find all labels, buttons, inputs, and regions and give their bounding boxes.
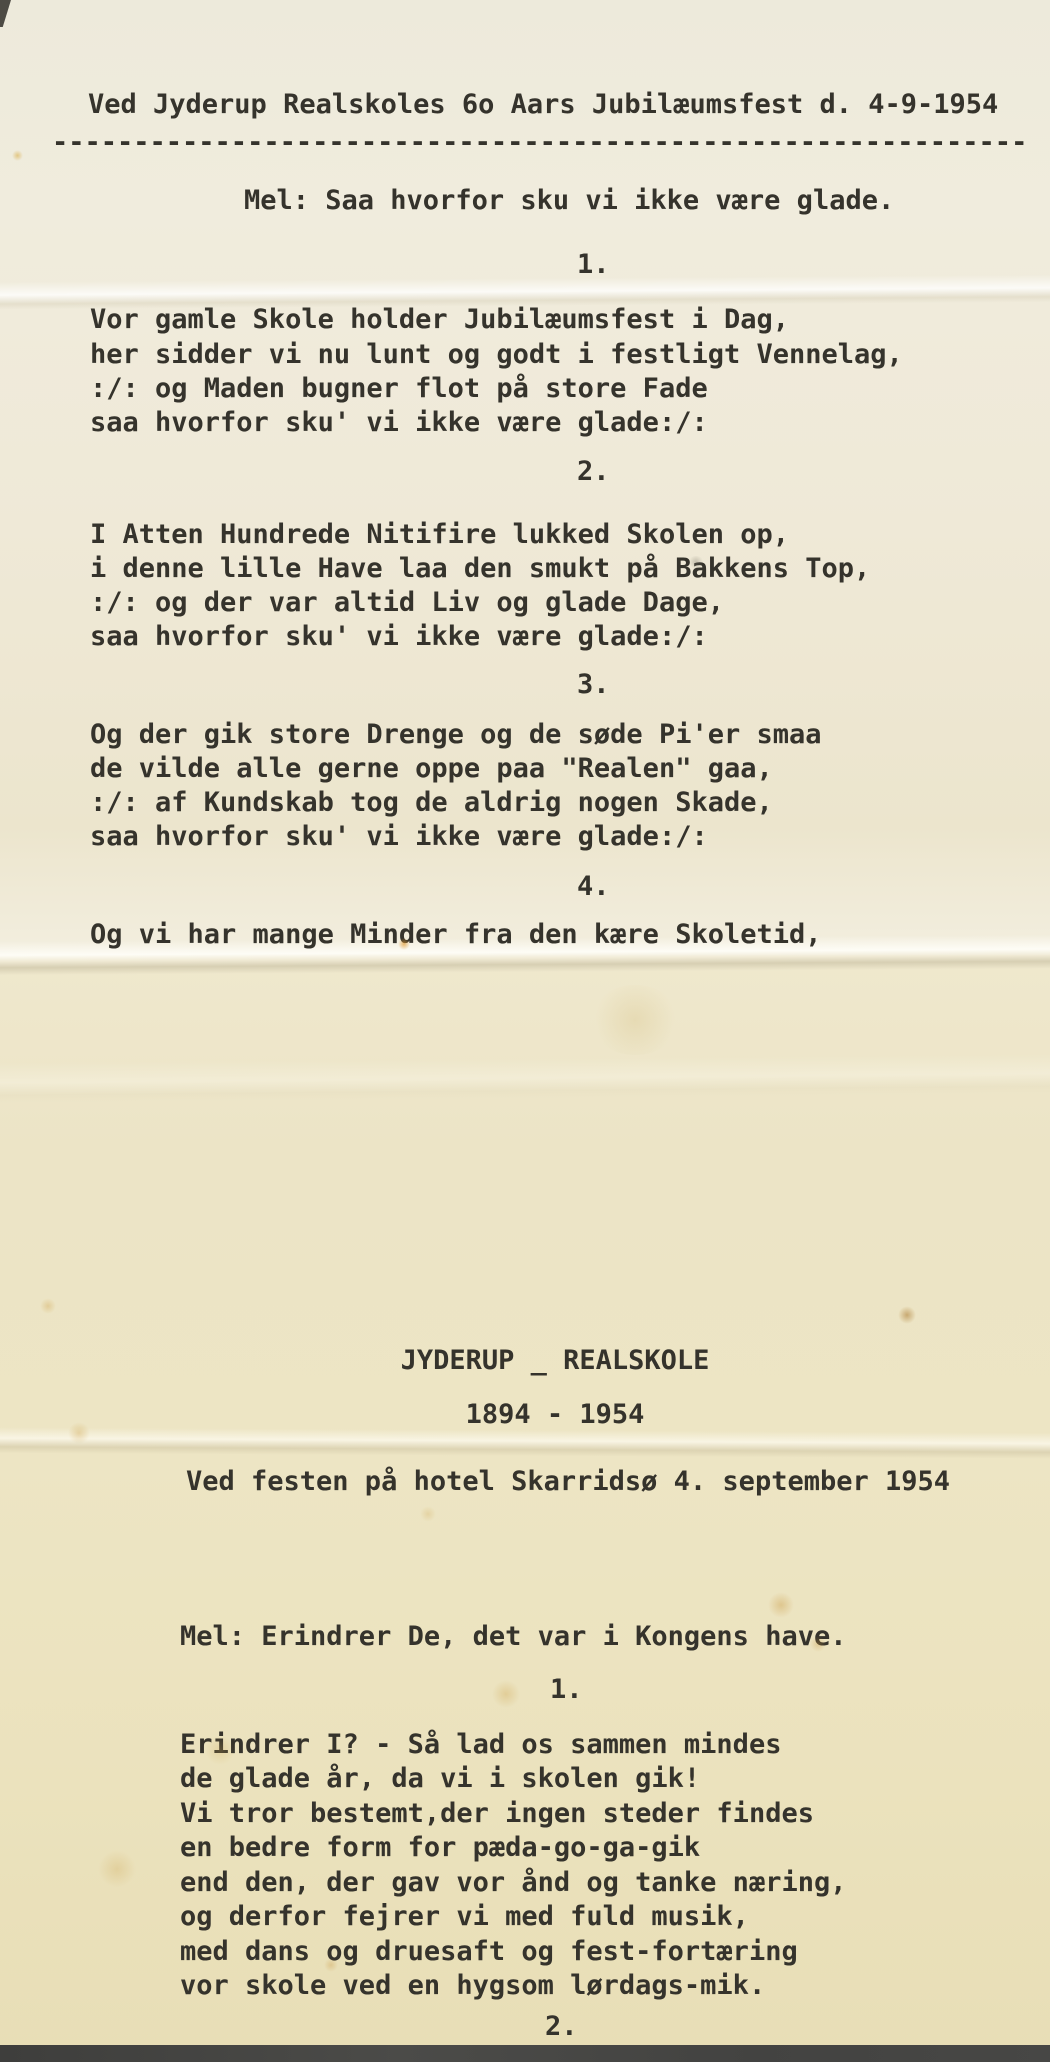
verse-number: 3. [577, 670, 610, 700]
dashed-divider: ----------------------------------------… [52, 128, 1027, 158]
jubilee-years: 1894 - 1954 [85, 1400, 1025, 1430]
verse-line: :/: og der var altid Liv og glade Dage, [90, 588, 724, 618]
verse-line: saa hvorfor sku' vi ikke være glade:/: [90, 622, 708, 652]
verse-line: de vilde alle gerne oppe paa "Realen" ga… [90, 754, 773, 784]
verse-line: de glade år, da vi i skolen gik! [180, 1764, 700, 1794]
scanned-song-sheet: Ved Jyderup Realskoles 6o Aars Jubilæums… [0, 0, 1050, 2062]
occasion-line: Ved festen på hotel Skarridsø 4. septemb… [186, 1467, 950, 1497]
verse-line: og derfor fejrer vi med fuld musik, [180, 1902, 749, 1932]
song1-melody-line: Mel: Saa hvorfor sku vi ikke være glade. [244, 186, 894, 216]
verse-line: end den, der gav vor ånd og tanke næring… [180, 1868, 846, 1898]
verse-line: Vi tror bestemt,der ingen steder findes [180, 1799, 814, 1829]
verse-line: :/: af Kundskab tog de aldrig nogen Skad… [90, 788, 773, 818]
verse-line: vor skole ved en hygsom lørdags-mik. [180, 1971, 765, 2001]
school-name-heading: JYDERUP _ REALSKOLE [85, 1346, 1025, 1376]
verse-line: :/: og Maden bugner flot på store Fade [90, 374, 708, 404]
scan-edge-strip [0, 2045, 1050, 2062]
verse-line: Og der gik store Drenge og de søde Pi'er… [90, 720, 822, 750]
verse-line: her sidder vi nu lunt og godt i festligt… [90, 340, 903, 370]
verse-line: saa hvorfor sku' vi ikke være glade:/: [90, 822, 708, 852]
verse-number: 2. [577, 457, 610, 487]
next-verse-number: 2. [545, 2012, 578, 2042]
verse-line: i denne lille Have laa den smukt på Bakk… [90, 554, 870, 584]
verse-line: I Atten Hundrede Nitifire lukked Skolen … [90, 520, 789, 550]
verse-line: saa hvorfor sku' vi ikke være glade:/: [90, 408, 708, 438]
document-title: Ved Jyderup Realskoles 6o Aars Jubilæums… [88, 90, 998, 120]
verse-number: 4. [577, 872, 610, 902]
verse-line: en bedre form for pæda-go-ga-gik [180, 1833, 700, 1863]
verse-line: Vor gamle Skole holder Jubilæumsfest i D… [90, 305, 789, 335]
verse-number: 1. [550, 1675, 583, 1705]
song2-melody-line: Mel: Erindrer De, det var i Kongens have… [180, 1622, 846, 1652]
verse-number: 1. [577, 250, 610, 280]
verse-line: Erindrer I? - Så lad os sammen mindes [180, 1730, 781, 1760]
verse-line: med dans og druesaft og fest-fortæring [180, 1937, 798, 1967]
verse-line: Og vi har mange Minder fra den kære Skol… [90, 920, 822, 950]
